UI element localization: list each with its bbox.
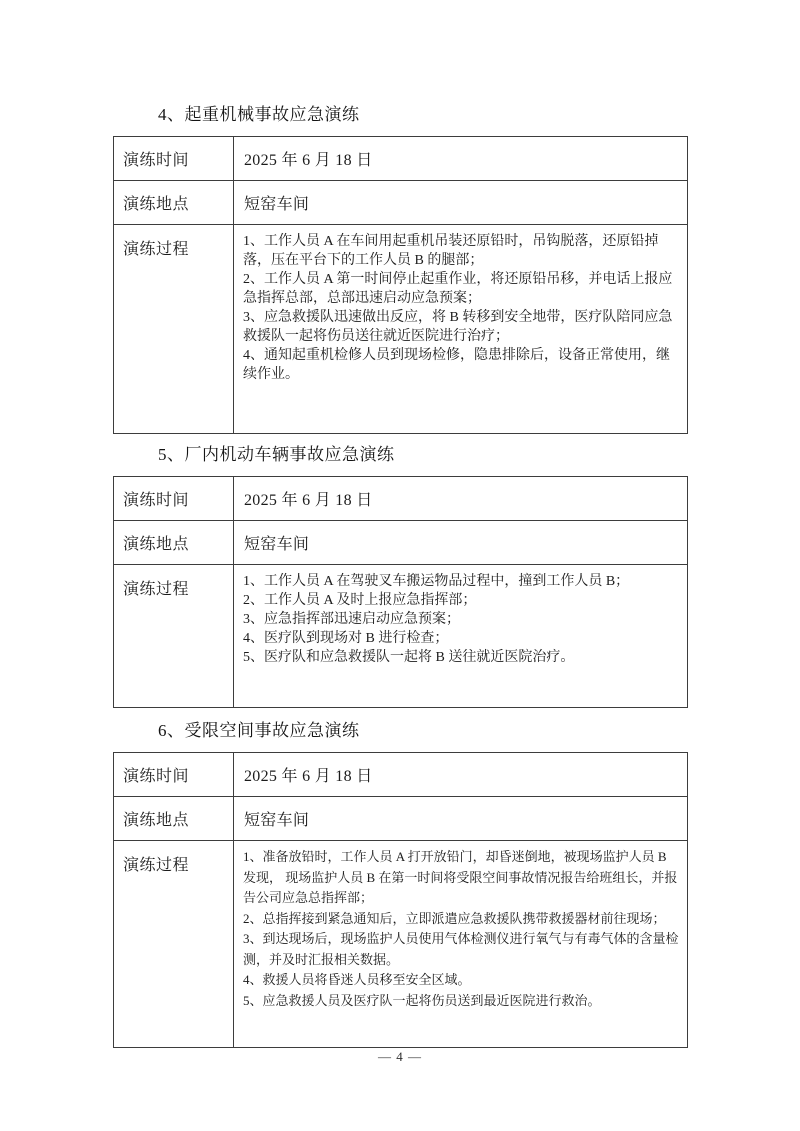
process-step: 4、通知起重机检修人员到现场检修，隐患排除后，设备正常使用，继续作业。	[243, 346, 681, 384]
process-step: 2、总指挥接到紧急通知后，立即派遣应急救援队携带救援器材前往现场；	[243, 909, 681, 930]
time-label: 演练时间	[114, 753, 234, 797]
process-step: 2、工作人员 A 第一时间停止起重作业，将还原铅吊移，并电话上报应急指挥总部，总…	[243, 270, 681, 308]
time-label: 演练时间	[114, 477, 234, 521]
process-step: 1、工作人员 A 在驾驶叉车搬运物品过程中，撞到工作人员 B；	[243, 572, 681, 591]
process-label: 演练过程	[114, 841, 234, 1048]
process-step: 2、工作人员 A 及时上报应急指挥部；	[243, 591, 681, 610]
section-heading: 5、厂内机动车辆事故应急演练	[113, 442, 688, 467]
section-vehicle-drill: 5、厂内机动车辆事故应急演练 演练时间 2025 年 6 月 18 日 演练地点…	[113, 442, 688, 708]
section-heading: 4、起重机械事故应急演练	[113, 102, 688, 127]
location-label: 演练地点	[114, 797, 234, 841]
time-value: 2025 年 6 月 18 日	[234, 137, 688, 181]
location-label: 演练地点	[114, 181, 234, 225]
time-value: 2025 年 6 月 18 日	[234, 753, 688, 797]
location-label: 演练地点	[114, 521, 234, 565]
page-number: — 4 —	[0, 1049, 800, 1065]
process-step: 5、应急救援人员及医疗队一起将伤员送到最近医院进行救治。	[243, 991, 681, 1012]
table-row: 演练时间 2025 年 6 月 18 日	[114, 753, 688, 797]
table-row: 演练过程 1、工作人员 A 在驾驶叉车搬运物品过程中，撞到工作人员 B； 2、工…	[114, 565, 688, 708]
section-heading: 6、受限空间事故应急演练	[113, 718, 688, 743]
section-crane-drill: 4、起重机械事故应急演练 演练时间 2025 年 6 月 18 日 演练地点 短…	[113, 102, 688, 434]
process-step: 4、医疗队到现场对 B 进行检查；	[243, 629, 681, 648]
location-value: 短窑车间	[234, 521, 688, 565]
drill-table: 演练时间 2025 年 6 月 18 日 演练地点 短窑车间 演练过程 1、准备…	[113, 752, 688, 1048]
document-page: 4、起重机械事故应急演练 演练时间 2025 年 6 月 18 日 演练地点 短…	[0, 0, 800, 1131]
process-step: 1、准备放铅时，工作人员 A 打开放铅门，却昏迷倒地，被现场监护人员 B 发现，…	[243, 847, 681, 909]
process-step: 4、救援人员将昏迷人员移至安全区域。	[243, 970, 681, 991]
process-content: 1、工作人员 A 在驾驶叉车搬运物品过程中，撞到工作人员 B； 2、工作人员 A…	[234, 565, 688, 708]
process-step: 5、医疗队和应急救援队一起将 B 送往就近医院治疗。	[243, 648, 681, 667]
table-row: 演练地点 短窑车间	[114, 521, 688, 565]
process-step: 3、应急救援队迅速做出反应，将 B 转移到安全地带，医疗队陪同应急救援队一起将伤…	[243, 308, 681, 346]
table-row: 演练地点 短窑车间	[114, 181, 688, 225]
section-confined-space-drill: 6、受限空间事故应急演练 演练时间 2025 年 6 月 18 日 演练地点 短…	[113, 718, 688, 1048]
time-label: 演练时间	[114, 137, 234, 181]
table-row: 演练地点 短窑车间	[114, 797, 688, 841]
process-content: 1、准备放铅时，工作人员 A 打开放铅门，却昏迷倒地，被现场监护人员 B 发现，…	[234, 841, 688, 1048]
drill-table: 演练时间 2025 年 6 月 18 日 演练地点 短窑车间 演练过程 1、工作…	[113, 136, 688, 434]
table-row: 演练时间 2025 年 6 月 18 日	[114, 477, 688, 521]
location-value: 短窑车间	[234, 181, 688, 225]
process-step: 3、到达现场后，现场监护人员使用气体检测仪进行氧气与有毒气体的含量检测，并及时汇…	[243, 929, 681, 970]
location-value: 短窑车间	[234, 797, 688, 841]
drill-table: 演练时间 2025 年 6 月 18 日 演练地点 短窑车间 演练过程 1、工作…	[113, 476, 688, 708]
table-row: 演练过程 1、工作人员 A 在车间用起重机吊装还原铅时，吊钩脱落，还原铅掉落，压…	[114, 225, 688, 434]
process-content: 1、工作人员 A 在车间用起重机吊装还原铅时，吊钩脱落，还原铅掉落，压在平台下的…	[234, 225, 688, 434]
process-step: 1、工作人员 A 在车间用起重机吊装还原铅时，吊钩脱落，还原铅掉落，压在平台下的…	[243, 232, 681, 270]
process-label: 演练过程	[114, 565, 234, 708]
process-label: 演练过程	[114, 225, 234, 434]
table-row: 演练时间 2025 年 6 月 18 日	[114, 137, 688, 181]
time-value: 2025 年 6 月 18 日	[234, 477, 688, 521]
process-step: 3、应急指挥部迅速启动应急预案；	[243, 610, 681, 629]
table-row: 演练过程 1、准备放铅时，工作人员 A 打开放铅门，却昏迷倒地，被现场监护人员 …	[114, 841, 688, 1048]
